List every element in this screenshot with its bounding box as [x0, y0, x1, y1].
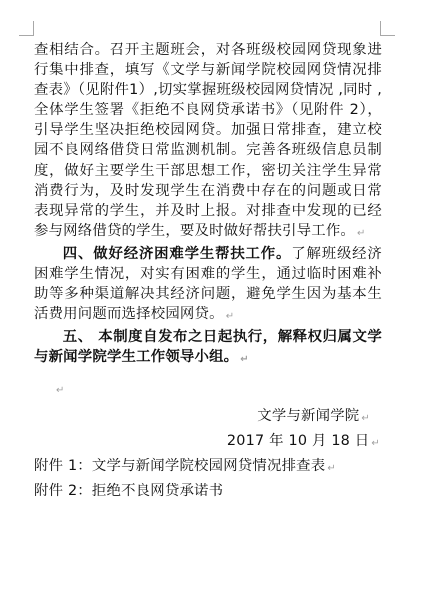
signature-organization[interactable]: 文学与新闻学院↵	[34, 405, 382, 430]
paragraph-mark-icon: ↵	[361, 413, 370, 424]
paragraph-financial-aid[interactable]: 四、做好经济困难学生帮扶工作。了解班级经济困难学生情况，对实有困难的学生，通过临…	[34, 244, 382, 327]
document-page-body[interactable]: 查相结合。召开主题班会，对各班级校园网贷现象进行集中排查，填写《文学与新闻学院校…	[34, 40, 382, 503]
paragraph-mark-icon: ↵	[371, 438, 380, 449]
attachment-2[interactable]: 附件 2：拒绝不良网贷承诺书	[34, 480, 382, 503]
section-heading-four: 四、做好经济困难学生帮扶工作。	[63, 246, 291, 262]
paragraph-mark-icon: ↵	[240, 354, 249, 365]
page-corner-mark-top-right	[380, 21, 395, 36]
paragraph-effective-date[interactable]: 五、 本制度自发布之日起执行，解释权归属文学与新闻学院学生工作领导小组。↵	[34, 327, 382, 370]
section-heading-five: 五、 本制度自发布之日起执行，解释权归属文学与新闻学院学生工作领导小组。	[34, 329, 382, 365]
paragraph-mark-icon: ↵	[56, 381, 65, 401]
signature-date[interactable]: 2017 年 10 月 18 日↵	[34, 430, 382, 455]
paragraph-investigation[interactable]: 查相结合。召开主题班会，对各班级校园网贷现象进行集中排查，填写《文学与新闻学院校…	[34, 40, 382, 244]
page-corner-mark-top-left	[19, 21, 34, 36]
attachment-1[interactable]: 附件 1：文学与新闻学院校园网贷情况排查表↵	[34, 455, 382, 480]
paragraph-text: 查相结合。召开主题班会，对各班级校园网贷现象进行集中排查，填写《文学与新闻学院校…	[34, 42, 382, 239]
paragraph-mark-icon: ↵	[226, 311, 235, 322]
empty-paragraph[interactable]: ↵	[34, 371, 382, 399]
paragraph-mark-icon: ↵	[327, 463, 336, 474]
paragraph-mark-icon: ↵	[357, 228, 366, 239]
